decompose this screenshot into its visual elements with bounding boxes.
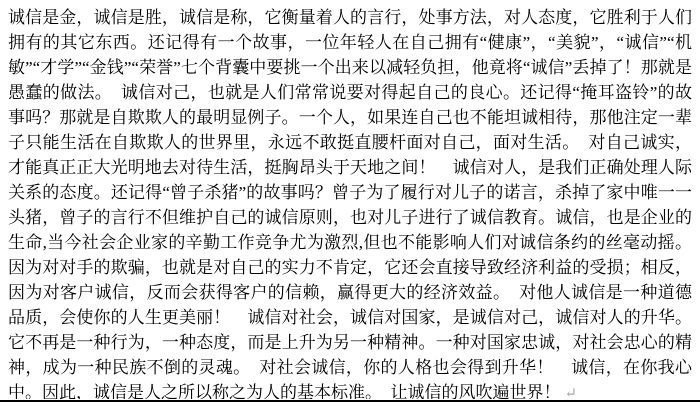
paragraph-return-mark-icon: ↵: [561, 386, 578, 399]
essay-body-text: 诚信是金，诚信是胜，诚信是称，它衡量着人的言行，处事方法，对人态度，它胜利于人们…: [8, 8, 692, 399]
page-boundary-line: [0, 400, 700, 402]
essay-text-block[interactable]: 诚信是金，诚信是胜，诚信是称，它衡量着人的言行，处事方法，对人态度，它胜利于人们…: [0, 0, 700, 399]
document-page: 诚信是金，诚信是胜，诚信是称，它衡量着人的言行，处事方法，对人态度，它胜利于人们…: [0, 0, 700, 409]
